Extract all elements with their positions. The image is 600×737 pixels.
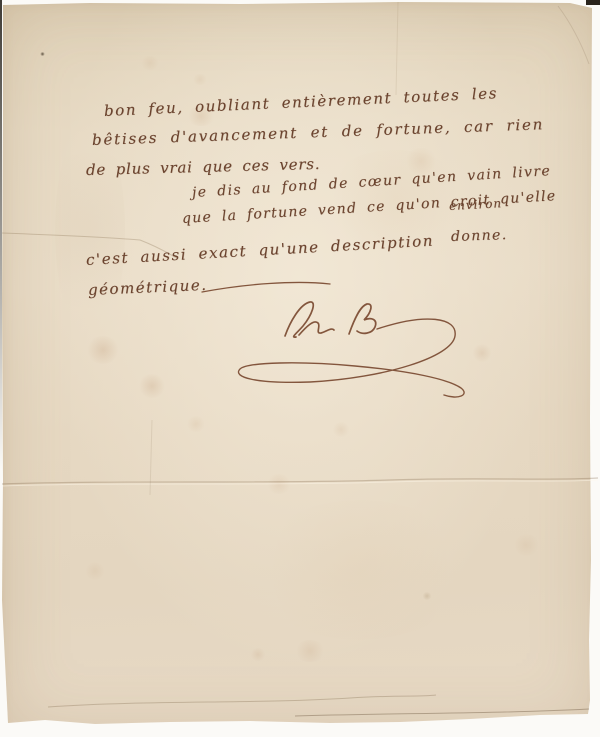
letter-line-5-continuation: donne. — [451, 227, 508, 245]
letter-scan: bon feu, oubliant entièrement toutes les… — [0, 0, 600, 737]
scan-edge-artifact-top-right — [586, 0, 600, 5]
scan-edge-artifact-left — [0, 0, 2, 470]
